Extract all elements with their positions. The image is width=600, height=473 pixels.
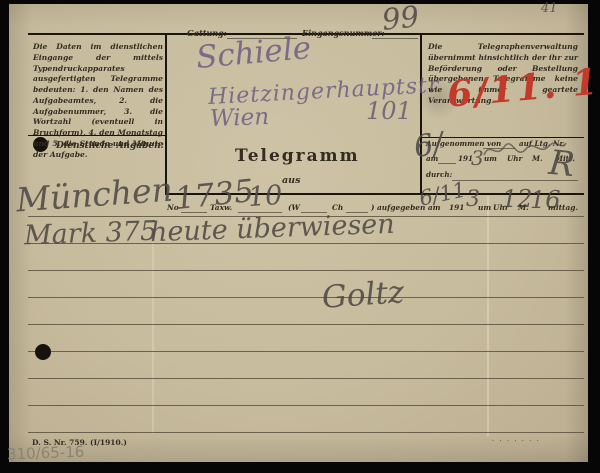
gattung-label: Gattung: <box>187 28 227 38</box>
message-text-handwriting: Mark 375 <box>23 216 157 252</box>
durch-label: durch: <box>426 170 452 179</box>
eingangsnummer-handwritten-value: 99 <box>380 0 420 37</box>
archive-number-handwriting: 310/65-16 <box>7 443 85 464</box>
dispatch-um-label: um <box>478 203 491 212</box>
form-vertical-divider-right <box>420 33 422 194</box>
telegramm-title: Telegramm <box>235 146 355 166</box>
aus-label: aus <box>282 175 300 186</box>
dispatch-year-prefix-label: 191 <box>449 203 464 212</box>
mittag-label: mittag. <box>548 203 578 212</box>
am-blank-line <box>438 163 456 164</box>
word-count-handwriting: 10 <box>247 180 283 213</box>
recipient-city-handwriting: Wien <box>210 104 270 132</box>
eingangsnummer-label: Eingangsnummer: <box>302 28 384 38</box>
recipient-housenumber-handwriting: 101 <box>366 97 412 125</box>
handwriting-scribble <box>482 137 567 163</box>
w-label: (W <box>288 203 300 212</box>
pencil-page-note: 41 <box>541 1 558 16</box>
dienstliche-angaben-label: Dienstliche Angaben: <box>56 141 164 151</box>
taxw-label: Taxw. <box>210 203 232 212</box>
dispatch-m-label: M. <box>518 203 529 212</box>
eingangsnummer-blank-line <box>372 38 418 39</box>
punch-hole <box>35 344 51 360</box>
sender-signature-handwriting: Goltz <box>321 274 405 316</box>
telegram-scan: 41 Die Daten im dienstlichen Eingange de… <box>0 0 600 473</box>
message-ruled-lines <box>28 216 584 437</box>
received-date-handwriting: 6/ <box>412 126 446 165</box>
printer-mark: · · · · · · · <box>492 438 541 444</box>
